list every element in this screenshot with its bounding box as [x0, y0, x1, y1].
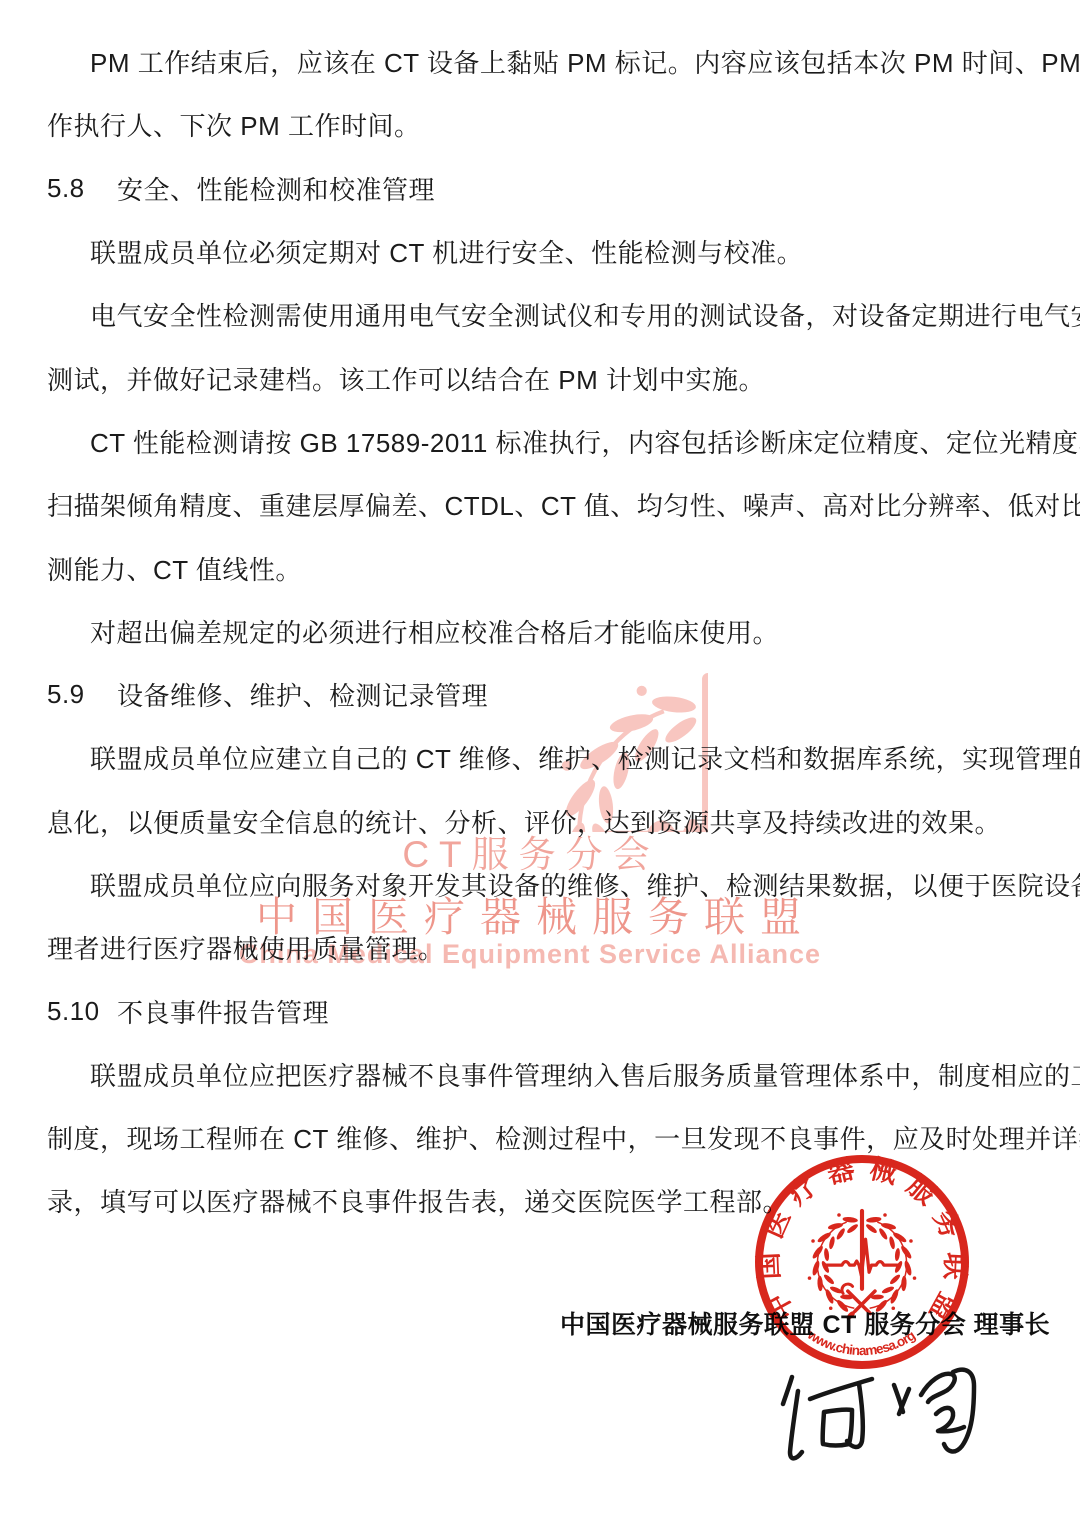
text-line: 作执行人、下次 PM 工作时间。 [47, 93, 1042, 156]
text-line: 息化，以便质量安全信息的统计、分析、评价，达到资源共享及持续改进的效果。 [47, 790, 1042, 853]
text-line: 联盟成员单位应向服务对象开发其设备的维修、维护、检测结果数据，以便于医院设备管 [47, 853, 1042, 916]
text-line: 理者进行医疗器械使用质量管理。 [47, 916, 1042, 979]
text-line: CT 性能检测请按 GB 17589-2011 标准执行，内容包括诊断床定位精度… [47, 410, 1042, 473]
text-line: 联盟成员单位必须定期对 CT 机进行安全、性能检测与校准。 [47, 220, 1042, 283]
text-line: 扫描架倾角精度、重建层厚偏差、CTDL、CT 值、均匀性、噪声、高对比分辨率、低… [47, 473, 1042, 536]
text-line: 测试，并做好记录建档。该工作可以结合在 PM 计划中实施。 [47, 346, 1042, 409]
text-line: 联盟成员单位应把医疗器械不良事件管理纳入售后服务质量管理体系中，制度相应的工作 [47, 1043, 1042, 1106]
text-line: 电气安全性检测需使用通用电气安全测试仪和专用的测试设备，对设备定期进行电气安全 [47, 283, 1042, 346]
text-line: 对超出偏差规定的必须进行相应校准合格后才能临床使用。 [47, 600, 1042, 663]
text-line: PM 工作结束后，应该在 CT 设备上黏贴 PM 标记。内容应该包括本次 PM … [47, 30, 1042, 93]
document-page: CT服务分会 中国医疗器械服务联盟 China Medical Equipmen… [0, 0, 1080, 1528]
section-heading-5-8: 5.8安全、性能检测和校准管理 [47, 157, 1042, 220]
section-heading-5-10: 5.10不良事件报告管理 [47, 979, 1042, 1042]
text-line: 测能力、CT 值线性。 [47, 536, 1042, 599]
section-heading-5-9: 5.9设备维修、维护、检测记录管理 [47, 663, 1042, 726]
handwritten-signature [770, 1365, 990, 1475]
text-line: 联盟成员单位应建立自己的 CT 维修、维护、检测记录文档和数据库系统，实现管理的… [47, 726, 1042, 789]
official-seal-stamp: 中国医疗器械服务联盟 www.chinamesa.org [747, 1147, 977, 1377]
document-body: PM 工作结束后，应该在 CT 设备上黏贴 PM 标记。内容应该包括本次 PM … [47, 30, 1042, 1233]
seal-emblem-icon [808, 1211, 917, 1321]
